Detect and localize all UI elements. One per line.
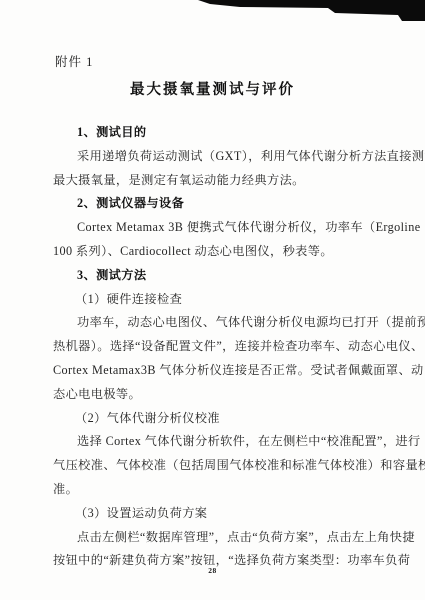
text-line: Cortex Metamax3B 气体分析仪连接是否正常。受试者佩戴面罩、动 [53,359,387,383]
text-line: 最大摄氧量，是测定有氧运动能力经典方法。 [53,169,387,193]
page-number: 28 [0,566,425,575]
section-heading: 2、测试仪器与设备 [53,192,387,216]
text-line: 气压校准、气体校准（包括周围气体校准和标准气体校准）和容量校 [53,454,387,478]
text-line: 100 系列）、Cardiocollect 动态心电图仪，秒表等。 [53,240,387,264]
subsection-heading: （1）硬件连接检查 [53,288,387,312]
document-body: 1、测试目的 采用递增负荷运动测试（GXT），利用气体代谢分析方法直接测试 最大… [53,121,387,573]
text-line: 选择 Cortex 气体代谢分析软件，在左侧栏中“校准配置”，进行 [53,430,387,454]
text-line: 采用递增负荷运动测试（GXT），利用气体代谢分析方法直接测试 [53,145,387,169]
section-heading: 3、测试方法 [53,264,387,288]
text-line: 功率车，动态心电图仪、气体代谢分析仪电源均已打开（提前预 [53,311,387,335]
text-line: 态心电电极等。 [53,383,387,407]
subsection-heading: （3）设置运动负荷方案 [53,502,387,526]
text-line: 热机器）。选择“设备配置文件”，连接并检查功率车、动态心电仪、 [53,335,387,359]
text-line: Cortex Metamax 3B 便携式气体代谢分析仪，功率车（Ergolin… [53,216,387,240]
scanned-document-page: 附件 1 最大摄氧量测试与评价 1、测试目的 采用递增负荷运动测试（GXT），利… [0,0,425,600]
scan-corner-artifact-icon [195,0,425,24]
section-heading: 1、测试目的 [53,121,387,145]
document-title: 最大摄氧量测试与评价 [0,78,425,99]
text-line: 准。 [53,478,387,502]
subsection-heading: （2）气体代谢分析仪校准 [53,407,387,431]
attachment-label: 附件 1 [55,52,93,70]
text-line: 点击左侧栏“数据库管理”，点击“负荷方案”，点击左上角快捷 [53,526,387,550]
